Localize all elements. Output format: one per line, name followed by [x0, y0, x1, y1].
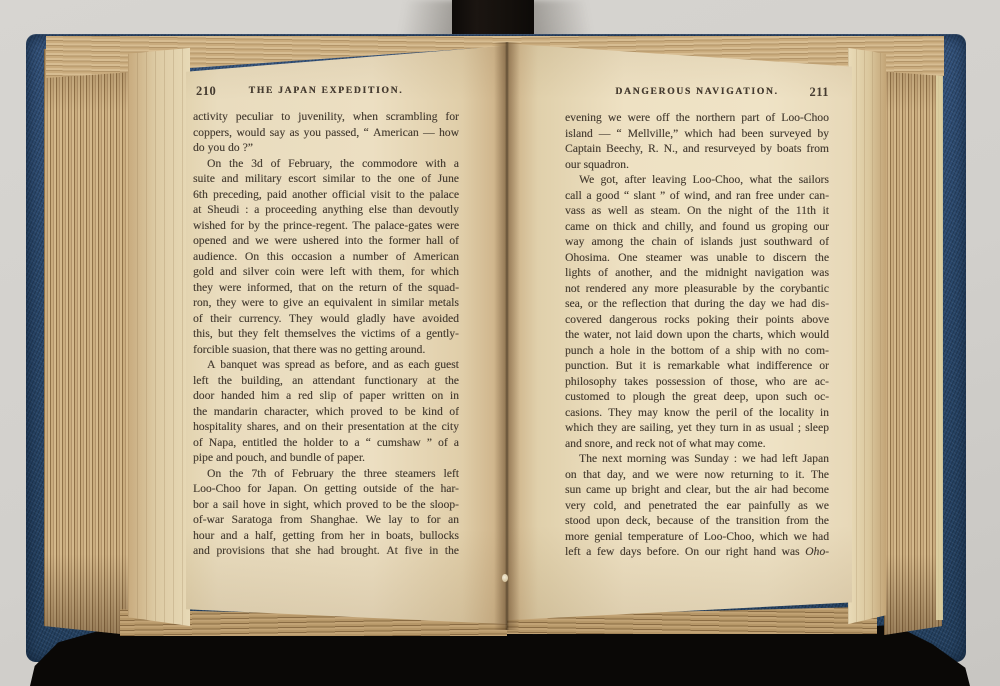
text-line: verycold,andpenetratedtheearpainfullyasw… — [565, 498, 829, 514]
text-line: forciblesuasion,thattherewasnogettingaro… — [193, 342, 459, 358]
text-line: doorhandedhimaredslipofpaperwrittenonin — [193, 388, 459, 404]
text-line: coppers,wouldsayasyoupassed,“American—ho… — [193, 125, 459, 141]
text-line: eveningwewereoffthenorthernpartofLoo-Cho… — [565, 110, 829, 126]
text-line: atSheudi:aproceedinganythingelsethandevo… — [193, 202, 459, 218]
text-line: theywereinformed,thatonthereturnofthesqu… — [193, 280, 459, 296]
text-line: oursquadron. — [565, 157, 829, 173]
text-line: leftthebuilding,anattendantfunctionaryat… — [193, 373, 459, 389]
text-line: notrenderedanymorepleasurablebythecoryba… — [565, 281, 829, 297]
text-line: CaptainBeechy,R.N.,andresurveyedbyboatsf… — [565, 141, 829, 157]
text-line: thewater,notlaiddownuponthecharts,whichw… — [565, 327, 829, 343]
text-line: doyoudo?” — [193, 140, 459, 156]
text-line: openedandwewereusheredintotheformerhallo… — [193, 233, 459, 249]
page-curve-left — [128, 42, 190, 632]
binding-thread — [502, 574, 508, 582]
text-line: Wegot,afterleavingLoo-Choo,whatthesailor… — [565, 172, 829, 188]
text-line: 6thpreceding,paidanotherofficialvisittot… — [193, 187, 459, 203]
text-line: themandarincharacter,whichprovedtobekind… — [193, 404, 459, 420]
text-line: philosophytakespossessionofthose,whoarea… — [565, 374, 829, 390]
running-header-left: THE JAPAN EXPEDITION. — [193, 85, 459, 99]
text-line: Onthe7thofFebruarythethreesteamersleft — [193, 466, 459, 482]
text-line: leftafewdaysbefore.OnourrighthandwasOho- — [565, 544, 829, 560]
text-line: Ohosima.Onesteamerwasunabletodiscernthe — [565, 250, 829, 266]
right-page-text: eveningwewereoffthenorthernpartofLoo-Cho… — [565, 110, 829, 560]
text-line: whichtheyaresailing,yettheyturninasusual… — [565, 420, 829, 436]
text-line: activitypeculiartojuvenility,whenscrambl… — [193, 109, 459, 125]
text-line: punction.Butitisremarkablewhatindifferen… — [565, 358, 829, 374]
text-line: suiteandmilitaryescortsimilartotheoneofJ… — [193, 171, 459, 187]
text-line: ofNapa,entitledtheholdertoa“cumshaw”ofa — [193, 435, 459, 451]
text-line: ron,theyweretogiveanequivalentinsimilarm… — [193, 295, 459, 311]
text-line: lightsofanother,andthemidnightnavigation… — [565, 265, 829, 281]
page-fore-edge-right — [884, 40, 942, 638]
text-line: stoodupondeck,becauseofthetransitionfrom… — [565, 513, 829, 529]
text-line: cameonthickandchilly,andfoundusgropingou… — [565, 219, 829, 235]
text-line: customedtoploughthegreatdeep,uponsuchoc- — [565, 389, 829, 405]
gutter-shadow — [494, 42, 520, 630]
endpaper-strip — [936, 60, 943, 620]
text-line: ThenextmorningwasSunday:wehadleftJapan — [565, 451, 829, 467]
page-number-right: 211 — [769, 85, 829, 99]
text-line: island—“Mellville,”whichhadbeensurveyedb… — [565, 126, 829, 142]
text-line: covereddangerousrockspokingtheirpointsab… — [565, 312, 829, 328]
text-line: moregenialtemperatureofLoo-Choo,whichweh… — [565, 529, 829, 545]
text-line: hourandahalf,gettingfromherinboats,bullo… — [193, 528, 459, 544]
text-line: suncameupbrightandclear,buttheairhadbeco… — [565, 482, 829, 498]
text-line: Onthe3dofFebruary,thecommodorewitha — [193, 156, 459, 172]
text-line: of-warSaratogafromShanghae.Welaytoforan — [193, 512, 459, 528]
text-line: casions.Theymayknowtheperilofthelocality… — [565, 405, 829, 421]
book-photograph: 210 THE JAPAN EXPEDITION. DANGEROUS NAVI… — [0, 0, 1000, 686]
text-line: hospitalityshares,andontheirpresentation… — [193, 419, 459, 435]
text-line: this,buttheyfeltthemselvesthevictimsofag… — [193, 326, 459, 342]
text-line: wishedforbytheprince-regent.Thepalace-ga… — [193, 218, 459, 234]
text-line: pipeandpouch,andbundleofpaper. — [193, 450, 459, 466]
text-line: audience.OnthisoccasionanumberofAmerican — [193, 249, 459, 265]
text-line: punchaholeinthebottomofashipwithnocom- — [565, 343, 829, 359]
text-line: Abanquetwasspreadasbefore,andaseachguest — [193, 357, 459, 373]
text-line: vassaswellassteam.Onthenightofthe11thit — [565, 203, 829, 219]
text-line: goldandsilvercoinwereleftwiththem,forwhi… — [193, 264, 459, 280]
text-line: sea,orthereflectionthatduringthedaywehad… — [565, 296, 829, 312]
text-line: andsnore,andrecknotofwhatmaycome. — [565, 436, 829, 452]
text-line: onthatday,andwewerenowreturningtoit.The — [565, 467, 829, 483]
page-curve-right — [848, 42, 886, 630]
text-line: callagood“slant”ofwind,andranfreeunderca… — [565, 188, 829, 204]
text-line: wayamongthechainofislandsjustsouthwardof — [565, 234, 829, 250]
text-line: Loo-ChooforJapan.Ongettingoutsideoftheha… — [193, 481, 459, 497]
text-line: oftheircurrency.Theywouldgladlyhaveavoid… — [193, 311, 459, 327]
page-fore-edge-left — [44, 40, 130, 638]
left-page-text: activitypeculiartojuvenility,whenscrambl… — [193, 109, 459, 559]
text-line: borasailhoveinsight,whichprovedtobethesl… — [193, 497, 459, 513]
text-line: andprovisionsthatshehadbrought.Atfiveint… — [193, 543, 459, 559]
